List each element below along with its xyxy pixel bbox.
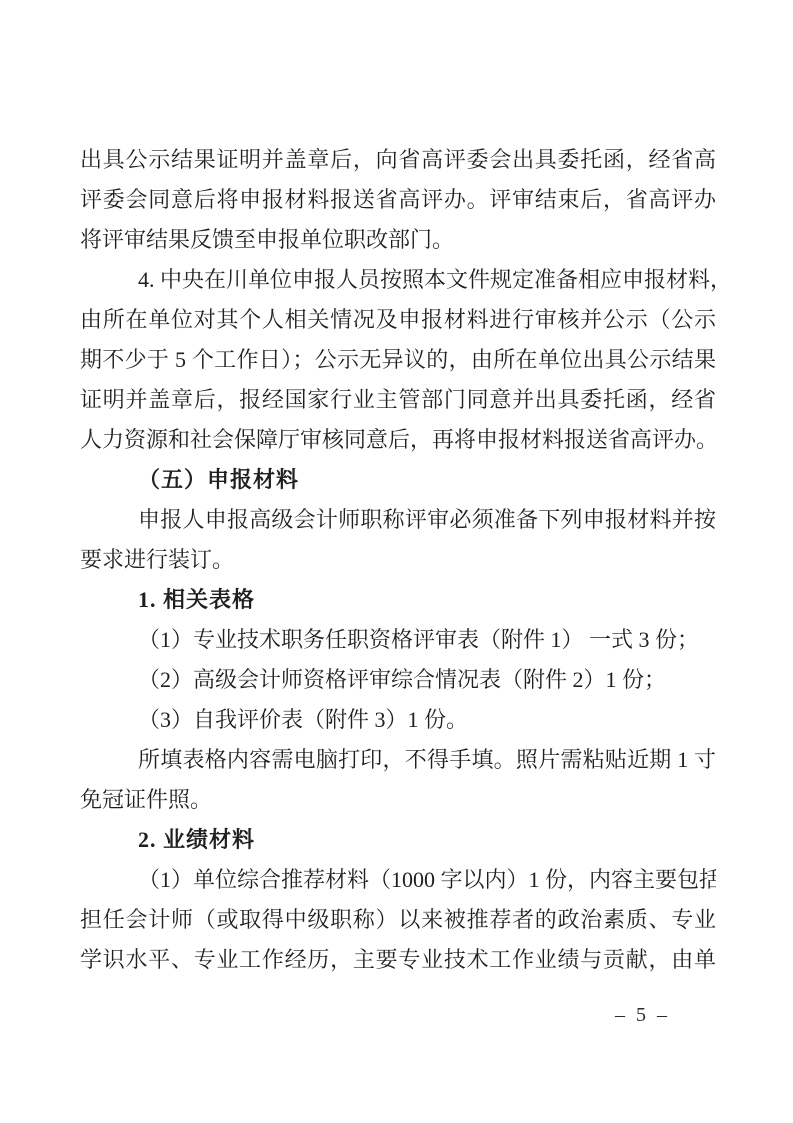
text-line: 申报人申报高级会计师职称评审必须准备下列申报材料并按 — [80, 500, 716, 540]
text-line: 人力资源和社会保障厅审核同意后，再将申报材料报送省高评办。 — [80, 420, 716, 460]
text-line: 学识水平、专业工作经历，主要专业技术工作业绩与贡献，由单 — [80, 940, 716, 980]
text-line: 免冠证件照。 — [80, 780, 716, 820]
text-line: 将评审结果反馈至申报单位职改部门。 — [80, 220, 716, 260]
document-page: 出具公示结果证明并盖章后，向省高评委会出具委托函，经省高 评委会同意后将申报材料… — [0, 0, 793, 1123]
list-item: （1）专业技术职务任职资格评审表（附件 1） 一式 3 份； — [80, 620, 716, 660]
heading-performance-materials: 2. 业绩材料 — [80, 820, 716, 860]
text-line: 由所在单位对其个人相关情况及申报材料进行审核并公示（公示 — [80, 300, 716, 340]
text-line: 评委会同意后将申报材料报送省高评办。评审结束后，省高评办 — [80, 180, 716, 220]
text-line: 4. 中央在川单位申报人员按照本文件规定准备相应申报材料， — [80, 260, 716, 300]
text-line: 要求进行装订。 — [80, 540, 716, 580]
list-item: （2）高级会计师资格评审综合情况表（附件 2）1 份； — [80, 660, 716, 700]
document-body: 出具公示结果证明并盖章后，向省高评委会出具委托函，经省高 评委会同意后将申报材料… — [80, 140, 716, 980]
text-line: 出具公示结果证明并盖章后，向省高评委会出具委托函，经省高 — [80, 140, 716, 180]
page-number: – 5 – — [615, 1002, 670, 1028]
text-line: 担任会计师（或取得中级职称）以来被推荐者的政治素质、专业 — [80, 900, 716, 940]
list-item: （1）单位综合推荐材料（1000 字以内）1 份，内容主要包括 — [80, 860, 716, 900]
list-item: （3）自我评价表（附件 3）1 份。 — [80, 700, 716, 740]
text-line: 证明并盖章后，报经国家行业主管部门同意并出具委托函，经省 — [80, 380, 716, 420]
text-line: 期不少于 5 个工作日）；公示无异议的，由所在单位出具公示结果 — [80, 340, 716, 380]
text-line: 所填表格内容需电脑打印，不得手填。照片需粘贴近期 1 寸 — [80, 740, 716, 780]
heading-related-forms: 1. 相关表格 — [80, 580, 716, 620]
heading-section-5-application-materials: （五）申报材料 — [80, 460, 716, 500]
